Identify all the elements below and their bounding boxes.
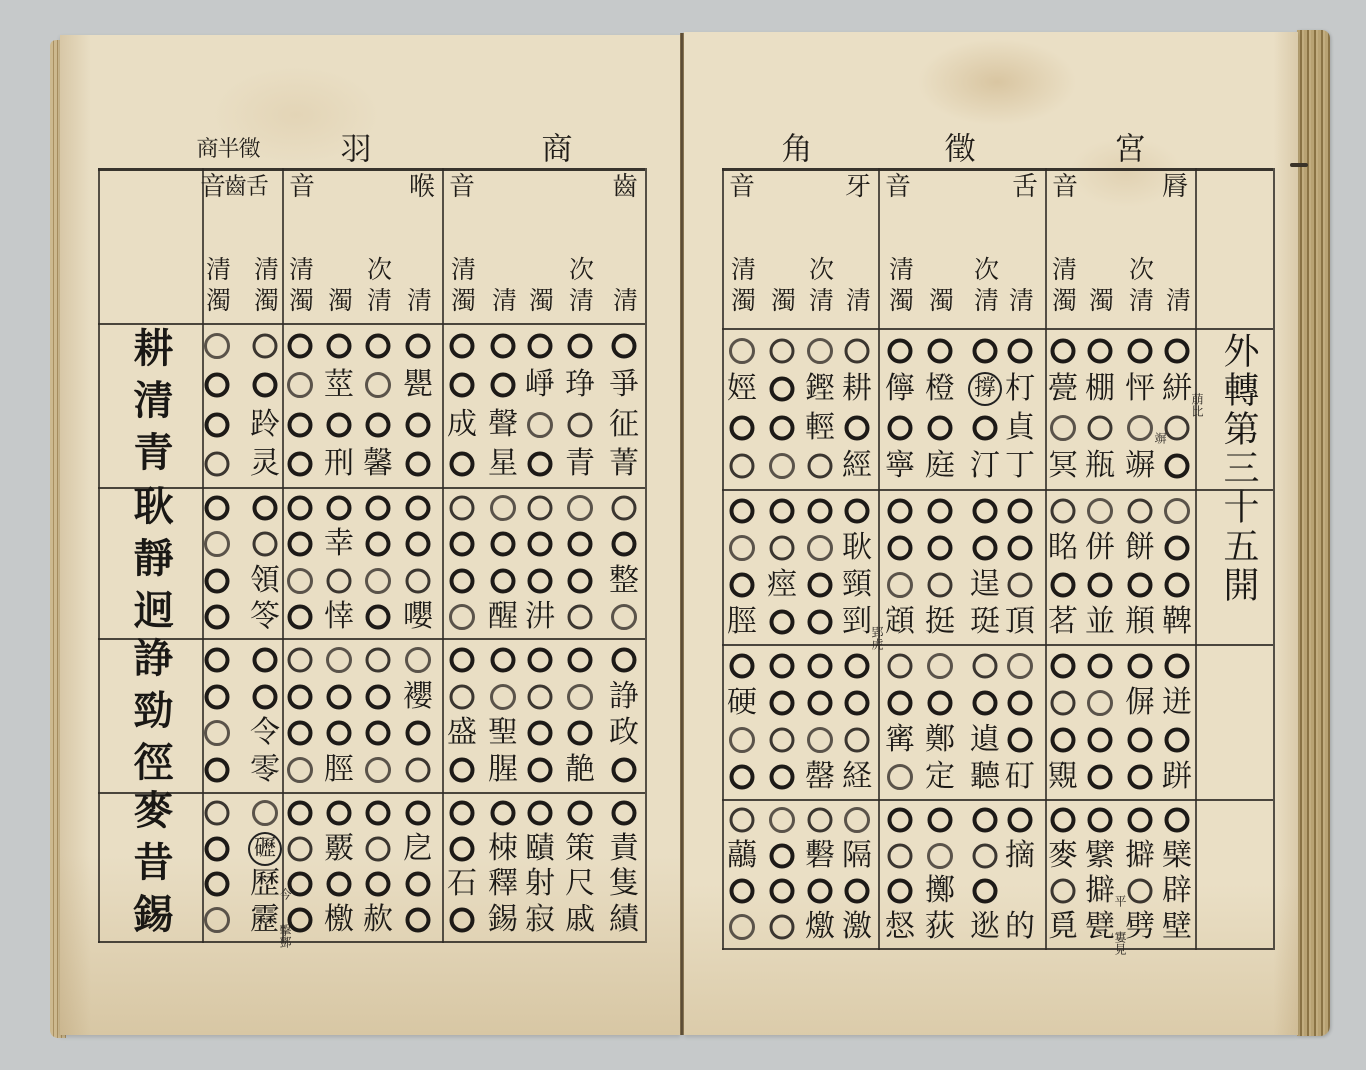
- table-row-rule: [722, 799, 1273, 801]
- rime-character: 賾: [525, 834, 555, 864]
- empty-cell-circle: ○: [973, 843, 998, 868]
- empty-cell-circle: ○: [730, 879, 755, 904]
- rime-character: 顁: [885, 607, 915, 637]
- empty-cell-circle: ○: [365, 372, 391, 398]
- rime-character: 偋: [1125, 688, 1155, 718]
- empty-cell-circle: ○: [887, 572, 913, 598]
- empty-cell-circle: ○: [252, 800, 278, 826]
- empty-cell-circle: ○: [730, 765, 755, 790]
- empty-cell-circle: ○: [973, 338, 998, 363]
- empty-cell-circle: ○: [808, 498, 833, 523]
- rime-character: 輕: [805, 413, 835, 443]
- empty-cell-circle: ○: [808, 653, 833, 678]
- rime-character: 甍: [1048, 374, 1078, 404]
- empty-cell-circle: ○: [528, 684, 553, 709]
- empty-cell-circle: ○: [730, 653, 755, 678]
- empty-cell-circle: ○: [253, 647, 278, 672]
- empty-cell-circle: ○: [807, 535, 833, 561]
- column-label: 濁: [1088, 287, 1113, 318]
- empty-cell-circle: ○: [568, 800, 593, 825]
- column-label: 清濁: [450, 256, 475, 318]
- empty-cell-circle: ○: [450, 568, 475, 593]
- rhyme-group-label: 耕清青: [130, 327, 170, 483]
- empty-cell-circle: ○: [491, 568, 516, 593]
- empty-cell-circle: ○: [450, 452, 475, 477]
- empty-cell-circle: ○: [327, 333, 352, 358]
- section-header-yin: 音: [200, 174, 226, 200]
- column-label: 次清: [1128, 256, 1153, 318]
- empty-cell-circle: ○: [491, 373, 516, 398]
- empty-cell-circle: ○: [1008, 498, 1033, 523]
- table-column-rule: [442, 168, 444, 943]
- empty-cell-circle: ○: [888, 843, 913, 868]
- rime-character: 併: [1085, 533, 1115, 563]
- empty-cell-circle: ○: [612, 496, 637, 521]
- rime-character: 悻: [324, 602, 354, 632]
- rime-character: 盛: [447, 718, 477, 748]
- rime-character: 戹: [403, 834, 433, 864]
- empty-cell-circle: ○: [888, 498, 913, 523]
- column-label: 清: [1008, 287, 1033, 318]
- empty-cell-circle: ○: [327, 800, 352, 825]
- rime-character: 丁: [1005, 451, 1035, 481]
- empty-cell-circle: ○: [770, 498, 795, 523]
- empty-cell-circle: ○: [288, 836, 313, 861]
- column-label: 次清: [808, 256, 833, 318]
- rime-character: 聖: [488, 718, 518, 748]
- column-label: 清濁: [288, 256, 313, 318]
- empty-cell-circle: ○: [253, 684, 278, 709]
- empty-cell-circle: ○: [366, 800, 391, 825]
- rime-character: 菁: [609, 449, 639, 479]
- empty-cell-circle: ○: [808, 807, 833, 832]
- empty-cell-circle: ○: [611, 604, 637, 630]
- column-label: 次清: [568, 256, 593, 318]
- empty-cell-circle: ○: [406, 568, 431, 593]
- empty-cell-circle: ○: [770, 690, 795, 715]
- rime-character: 幸: [324, 529, 354, 559]
- rime-character: 寗: [885, 725, 915, 755]
- empty-cell-circle: ○: [1088, 338, 1113, 363]
- table-column-rule: [1045, 168, 1047, 950]
- empty-cell-circle: ○: [845, 653, 870, 678]
- empty-cell-circle: ○: [568, 333, 593, 358]
- empty-cell-circle: ○: [928, 573, 953, 598]
- empty-cell-circle: ○: [528, 800, 553, 825]
- column-label: 清: [845, 287, 870, 318]
- empty-cell-circle: ○: [568, 568, 593, 593]
- table-column-rule: [282, 168, 284, 943]
- rime-character: 絣: [1162, 374, 1192, 404]
- rime-character: 整: [609, 566, 639, 596]
- empty-cell-circle: ○: [366, 836, 391, 861]
- empty-cell-circle: ○: [326, 647, 352, 673]
- rime-character: 射: [525, 869, 555, 899]
- empty-cell-circle: ○: [973, 535, 998, 560]
- empty-cell-circle: ○: [1051, 338, 1076, 363]
- empty-cell-circle: ○: [1088, 807, 1113, 832]
- empty-cell-circle: ○: [490, 684, 516, 710]
- rime-character: 跰: [1162, 762, 1192, 792]
- empty-cell-circle: ○: [528, 647, 553, 672]
- empty-cell-circle: ○: [770, 653, 795, 678]
- empty-cell-circle: ○: [366, 647, 391, 672]
- section-header-yin: 音: [289, 174, 315, 200]
- empty-cell-circle: ○: [612, 758, 637, 783]
- empty-cell-circle: ○: [1008, 690, 1033, 715]
- empty-cell-circle: ○: [1128, 653, 1153, 678]
- rime-character: 頩: [1125, 607, 1155, 637]
- empty-cell-circle: ○: [1088, 415, 1113, 440]
- empty-cell-circle: ○: [366, 872, 391, 897]
- rime-character: 靘: [565, 755, 595, 785]
- empty-cell-circle: ○: [205, 373, 230, 398]
- empty-cell-circle: ○: [844, 807, 870, 833]
- rime-character: 繴: [1085, 841, 1115, 871]
- empty-cell-circle: ○: [1165, 454, 1190, 479]
- table-row-rule: [722, 644, 1273, 646]
- rime-character: 荻: [925, 912, 955, 942]
- empty-cell-circle: ○: [449, 604, 475, 630]
- empty-cell-circle: ○: [1051, 653, 1076, 678]
- rime-character: 檄: [324, 905, 354, 935]
- empty-cell-circle: ○: [567, 495, 593, 521]
- rime-character: 汫: [525, 602, 555, 632]
- empty-cell-circle: ○: [1008, 573, 1033, 598]
- rime-character: 頸: [842, 570, 872, 600]
- rime-character: 珽: [970, 607, 1000, 637]
- empty-cell-circle: ○: [253, 333, 278, 358]
- annotation: 郢虎: [871, 626, 883, 650]
- empty-cell-circle: ○: [1050, 415, 1076, 441]
- rime-character: 擗: [1125, 841, 1155, 871]
- rime-character: 冥: [1048, 451, 1078, 481]
- section-header-name: 脣: [1162, 174, 1188, 200]
- empty-cell-circle: ○: [888, 690, 913, 715]
- empty-cell-circle: ○: [845, 498, 870, 523]
- empty-cell-circle: ○: [205, 872, 230, 897]
- empty-cell-circle: ○: [730, 415, 755, 440]
- section-header-yin: 音: [449, 174, 475, 200]
- empty-cell-circle: ○: [770, 915, 795, 940]
- rime-character: 鏗: [805, 374, 835, 404]
- rime-character: 尺: [565, 869, 595, 899]
- table-column-rule: [722, 168, 724, 950]
- empty-cell-circle: ○: [450, 496, 475, 521]
- section-header-yin: 音: [729, 174, 755, 200]
- empty-cell-circle: ○: [406, 333, 431, 358]
- empty-cell-circle: ○: [204, 531, 230, 557]
- rime-character: 耿: [842, 533, 872, 563]
- rime-character: 逞: [970, 570, 1000, 600]
- tone-group-label: 徵: [945, 135, 976, 166]
- empty-cell-circle: ○: [568, 532, 593, 557]
- section-header-name: 舌: [1012, 174, 1038, 200]
- rime-character: 馨: [363, 449, 393, 479]
- empty-cell-circle: ○: [807, 338, 833, 364]
- empty-cell-circle: ○: [1008, 338, 1033, 363]
- empty-cell-circle: ○: [327, 721, 352, 746]
- empty-cell-circle: ○: [406, 872, 431, 897]
- empty-cell-circle: ○: [845, 690, 870, 715]
- empty-cell-circle: ○: [366, 532, 391, 557]
- empty-cell-circle: ○: [808, 879, 833, 904]
- empty-cell-circle: ○: [406, 412, 431, 437]
- empty-cell-circle: ○: [888, 338, 913, 363]
- rime-character: 嚶: [403, 602, 433, 632]
- empty-cell-circle: ○: [327, 684, 352, 709]
- empty-cell-circle: ○: [528, 452, 553, 477]
- section-header-name: 齒舌: [224, 176, 268, 199]
- rime-character: 栜: [488, 834, 518, 864]
- rime-character: 貞: [1005, 413, 1035, 443]
- column-label: 清: [406, 287, 431, 318]
- rime-character: 青: [565, 449, 595, 479]
- empty-cell-circle: ○: [1008, 728, 1033, 753]
- empty-cell-circle: ○: [845, 728, 870, 753]
- empty-cell-circle: ○: [729, 914, 755, 940]
- empty-cell-circle: ○: [450, 647, 475, 672]
- empty-cell-circle: ○: [973, 807, 998, 832]
- rime-character: 甓: [1085, 912, 1115, 942]
- tone-group-label: 角: [782, 135, 813, 166]
- rime-character: 腥: [488, 755, 518, 785]
- empty-cell-circle: ○: [205, 800, 230, 825]
- rime-character: 竮: [1125, 451, 1155, 481]
- empty-cell-circle: ○: [770, 415, 795, 440]
- table-row-rule: [722, 489, 1273, 491]
- rime-character: 責: [609, 834, 639, 864]
- empty-cell-circle: ○: [450, 758, 475, 783]
- empty-cell-circle: ○: [287, 757, 313, 783]
- empty-cell-circle: ○: [366, 721, 391, 746]
- rime-character: 檗: [1162, 841, 1192, 871]
- rime-character: 䙬: [403, 682, 433, 712]
- empty-cell-circle: ○: [205, 684, 230, 709]
- empty-cell-circle: ○: [528, 496, 553, 521]
- empty-cell-circle: ○: [288, 800, 313, 825]
- empty-cell-circle: ○: [1128, 728, 1153, 753]
- empty-cell-circle: ○: [205, 496, 230, 521]
- table-row-rule: [98, 638, 645, 640]
- empty-cell-circle: ○: [1007, 653, 1033, 679]
- rime-character: 擗: [1085, 876, 1115, 906]
- empty-cell-circle: ○: [845, 338, 870, 363]
- column-label: 清: [612, 287, 637, 318]
- rime-character: 儜: [885, 374, 915, 404]
- empty-cell-circle: ○: [770, 338, 795, 363]
- empty-cell-circle: ○: [973, 653, 998, 678]
- tone-group-label: 宮: [1115, 135, 1146, 166]
- rime-character: 耕: [842, 374, 872, 404]
- empty-cell-circle: ○: [327, 412, 352, 437]
- rime-character: 諍: [609, 682, 639, 712]
- rime-character: 矴: [1005, 762, 1035, 792]
- rime-character: 令: [250, 718, 280, 748]
- column-label: 濁: [327, 287, 352, 318]
- tone-group-label: 商: [542, 135, 573, 166]
- annotation: 萠比: [1191, 393, 1203, 417]
- rime-character: 隻: [609, 869, 639, 899]
- empty-cell-circle: ○: [205, 412, 230, 437]
- rime-character: 罄: [805, 762, 835, 792]
- empty-cell-circle: ○: [1051, 690, 1076, 715]
- empty-cell-circle: ○: [1128, 338, 1153, 363]
- empty-cell-circle: ○: [845, 415, 870, 440]
- table-column-rule: [1273, 168, 1275, 950]
- rime-character: 征: [609, 410, 639, 440]
- section-header-name: 牙: [845, 174, 871, 200]
- rime-character: 摘: [1005, 841, 1035, 871]
- empty-cell-circle: ○: [730, 454, 755, 479]
- empty-cell-circle: ○: [204, 720, 230, 746]
- rime-character: 星: [488, 449, 518, 479]
- empty-cell-circle: ○: [288, 872, 313, 897]
- empty-cell-circle: ○: [205, 604, 230, 629]
- rime-character: 壁: [1162, 912, 1192, 942]
- column-label: 清濁: [888, 256, 913, 318]
- empty-cell-circle: ○: [770, 843, 795, 868]
- rime-character: 聽: [970, 762, 1000, 792]
- rime-character: 崢: [525, 370, 555, 400]
- tone-group-label: 羽: [341, 135, 372, 166]
- empty-cell-circle: ○: [491, 800, 516, 825]
- empty-cell-circle: ○: [450, 836, 475, 861]
- rime-character: 覓: [1048, 912, 1078, 942]
- empty-cell-circle: ○: [928, 415, 953, 440]
- rime-character: 鞞: [1162, 607, 1192, 637]
- empty-cell-circle: ○: [1088, 573, 1113, 598]
- empty-cell-circle: ○: [808, 690, 833, 715]
- empty-cell-circle: ○: [365, 757, 391, 783]
- rime-character: 茗: [1048, 607, 1078, 637]
- empty-cell-circle: ○: [205, 758, 230, 783]
- empty-cell-circle: ○: [730, 807, 755, 832]
- table-top-rule: [722, 168, 1273, 171]
- rime-character: 灵: [250, 449, 280, 479]
- empty-cell-circle: ○: [528, 333, 553, 358]
- empty-cell-circle: ○: [928, 338, 953, 363]
- table-row-rule: [98, 487, 645, 489]
- empty-cell-circle: ○: [406, 721, 431, 746]
- column-label: 清濁: [253, 256, 278, 318]
- rime-character: 刑: [324, 449, 354, 479]
- empty-cell-circle: ○: [366, 684, 391, 709]
- empty-cell-circle: ○: [450, 684, 475, 709]
- empty-cell-circle: ○: [366, 412, 391, 437]
- rime-character: 鄭: [925, 725, 955, 755]
- empty-cell-circle: ○: [406, 800, 431, 825]
- empty-cell-circle: ○: [612, 800, 637, 825]
- empty-cell-circle: ○: [888, 653, 913, 678]
- rime-character: 辟: [1162, 876, 1192, 906]
- open-book-photo: 外轉第三十五開 商半徵羽商耕清青耿靜迥諍勁徑麥昔錫音齒舌清濁清濁○○○○○跉○灵…: [0, 0, 1366, 1070]
- column-label: 濁: [928, 287, 953, 318]
- empty-cell-circle: ○: [450, 373, 475, 398]
- empty-cell-circle: ○: [770, 728, 795, 753]
- table-row-rule: [722, 948, 1273, 950]
- empty-cell-circle: ○: [288, 647, 313, 672]
- empty-cell-circle: ○: [1165, 807, 1190, 832]
- empty-cell-circle: ○: [204, 333, 230, 359]
- tone-group-label: 商半徵: [196, 139, 259, 161]
- empty-cell-circle: ○: [1051, 498, 1076, 523]
- empty-cell-circle: ○: [288, 452, 313, 477]
- empty-cell-circle: ○: [568, 721, 593, 746]
- empty-cell-circle: ○: [1127, 415, 1153, 441]
- rime-character: 麥: [1048, 841, 1078, 871]
- table-row-rule: [98, 792, 645, 794]
- empty-cell-circle: ○: [1165, 415, 1190, 440]
- table-column-rule: [878, 168, 880, 950]
- rime-character: 脛: [324, 755, 354, 785]
- section-header-name: 喉: [409, 174, 435, 200]
- empty-cell-circle: ○: [1088, 765, 1113, 790]
- empty-cell-circle: ○: [1165, 535, 1190, 560]
- table-row-rule: [722, 328, 1273, 330]
- rhyme-group-label: 諍勁徑: [130, 637, 170, 793]
- empty-cell-circle: ○: [491, 647, 516, 672]
- rime-character: 燩: [805, 912, 835, 942]
- empty-cell-circle: ○: [327, 568, 352, 593]
- rime-character: 脛: [727, 607, 757, 637]
- empty-cell-circle: ○: [288, 532, 313, 557]
- empty-cell-circle: ○: [567, 684, 593, 710]
- empty-cell-circle: ○: [528, 568, 553, 593]
- rime-character: 礰: [248, 832, 282, 866]
- column-label: 次清: [366, 256, 391, 318]
- empty-cell-circle: ○: [366, 496, 391, 521]
- column-label: 濁: [770, 287, 795, 318]
- rime-character: 虉: [727, 841, 757, 871]
- empty-cell-circle: ○: [1165, 338, 1190, 363]
- rime-character: 赥: [363, 905, 393, 935]
- rime-character: 撐: [968, 372, 1002, 406]
- rime-character: 朾: [1005, 374, 1035, 404]
- empty-cell-circle: ○: [1128, 765, 1153, 790]
- empty-cell-circle: ○: [729, 338, 755, 364]
- empty-cell-circle: ○: [928, 535, 953, 560]
- empty-cell-circle: ○: [1088, 653, 1113, 678]
- rime-character: 礊: [805, 841, 835, 871]
- rime-character: 惄: [885, 912, 915, 942]
- rime-character: 寂: [525, 905, 555, 935]
- empty-cell-circle: ○: [205, 647, 230, 672]
- empty-cell-circle: ○: [1051, 728, 1076, 753]
- rime-character: 績: [609, 905, 639, 935]
- column-label: 清濁: [1051, 256, 1076, 318]
- empty-cell-circle: ○: [366, 333, 391, 358]
- empty-cell-circle: ○: [730, 573, 755, 598]
- rime-character: 零: [250, 755, 280, 785]
- empty-cell-circle: ○: [288, 496, 313, 521]
- rime-character: 笭: [250, 602, 280, 632]
- empty-cell-circle: ○: [612, 532, 637, 557]
- empty-cell-circle: ○: [568, 604, 593, 629]
- empty-cell-circle: ○: [612, 333, 637, 358]
- empty-cell-circle: ○: [528, 721, 553, 746]
- empty-cell-circle: ○: [253, 496, 278, 521]
- empty-cell-circle: ○: [928, 498, 953, 523]
- rime-character: 錫: [488, 905, 518, 935]
- table-title: 外轉第三十五開: [1220, 332, 1256, 605]
- empty-cell-circle: ○: [1165, 573, 1190, 598]
- rime-character: 石: [447, 869, 477, 899]
- table-top-rule: [98, 168, 645, 171]
- empty-cell-circle: ○: [770, 765, 795, 790]
- rime-character: 策: [565, 834, 595, 864]
- empty-cell-circle: ○: [729, 535, 755, 561]
